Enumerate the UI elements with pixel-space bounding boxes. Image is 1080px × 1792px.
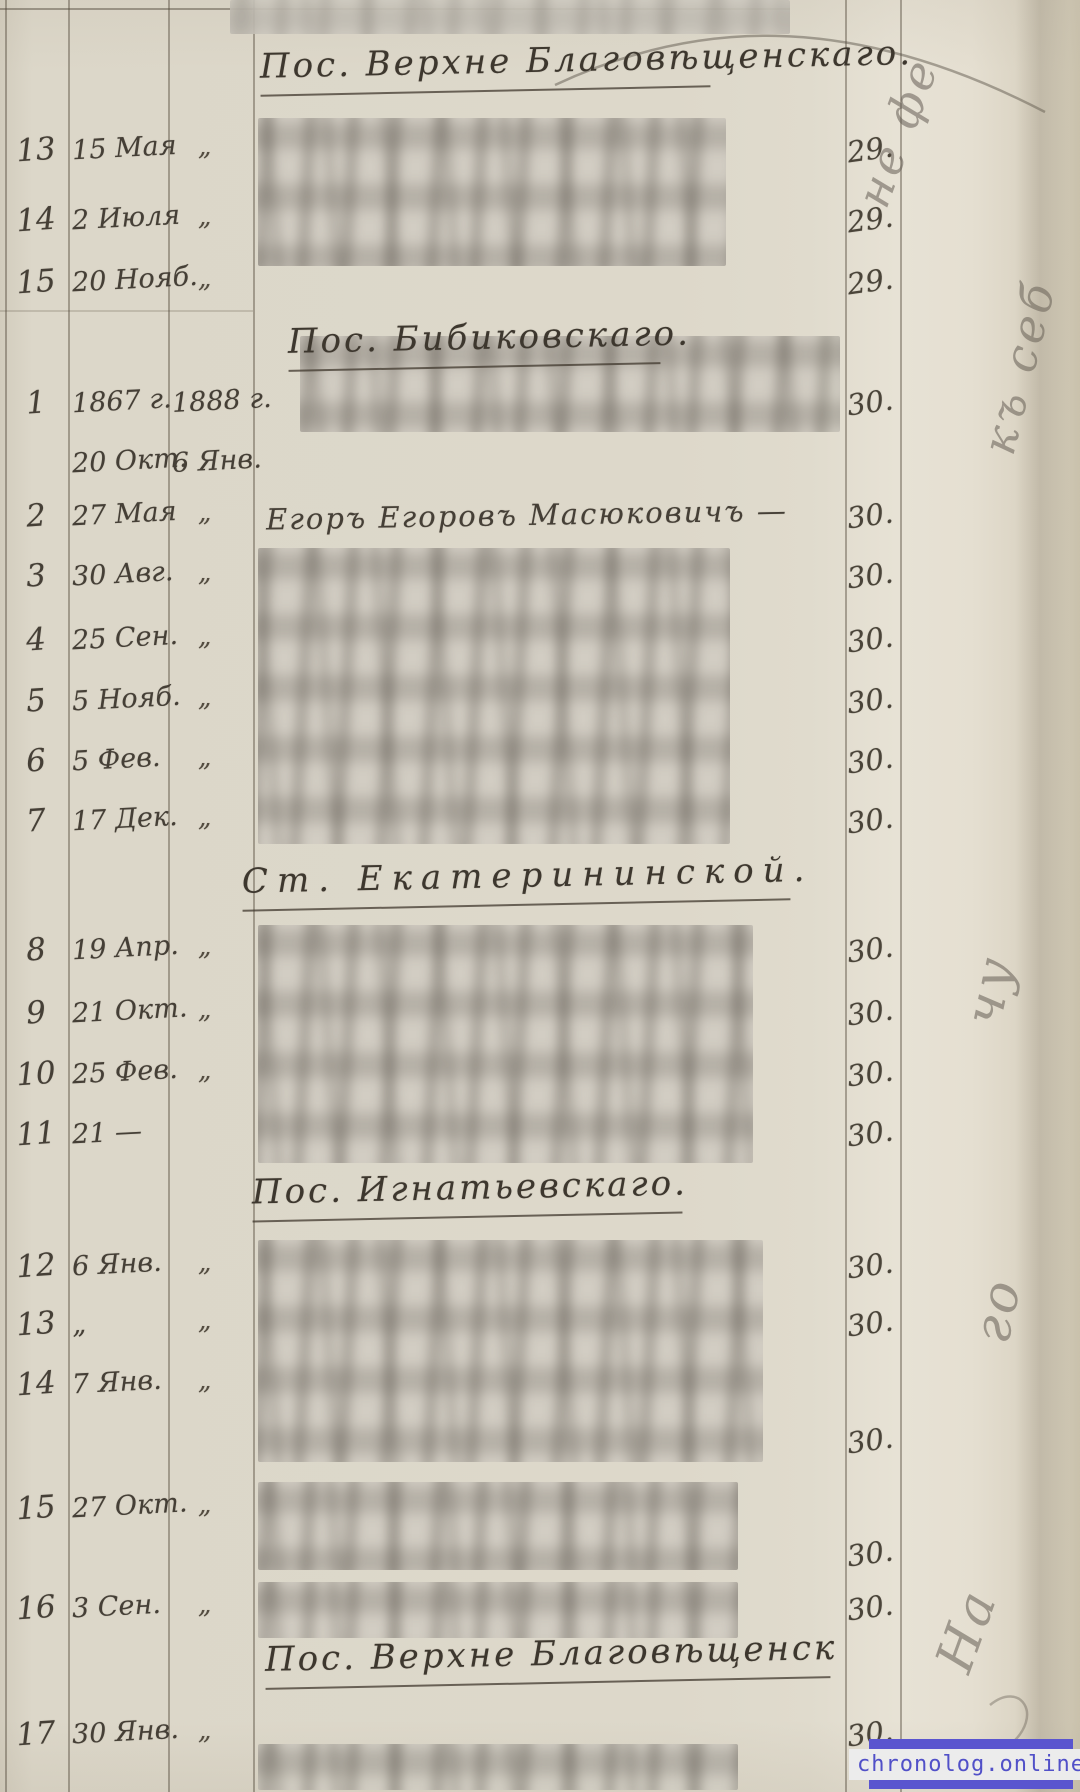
page-number [847, 1486, 898, 1493]
row-date: 6 Янв. [71, 1245, 202, 1283]
page-number: 30. [845, 1303, 901, 1344]
row-date: 19 Апр. [71, 929, 202, 967]
page-number: 30. [845, 800, 901, 841]
row-date: 27 Мая [71, 495, 202, 533]
register-row: 3 30 Авг. „ 30. [0, 558, 1080, 604]
register-row: 11 21 — 30. [0, 1116, 1080, 1162]
page-number: 29. [845, 261, 901, 302]
section-heading: Пос. Бибиковскаго. [288, 314, 661, 372]
section-heading: Пос. Игнатьевскаго. [252, 1164, 683, 1223]
row-date: 20 Нояб. [71, 261, 202, 299]
page-number: 30. [845, 1587, 901, 1628]
ditto-mark: „ [198, 1366, 232, 1396]
page-number: 30. [845, 555, 901, 596]
watermark-badge: chronolog.online [869, 1739, 1073, 1789]
ditto-mark: „ [198, 803, 232, 833]
section-heading: Ст. Екатерининской. [242, 850, 791, 911]
row-date: 5 Нояб. [71, 680, 202, 718]
ditto-mark: „ [198, 1056, 232, 1086]
register-row: 5 5 Нояб. „ 30. [0, 683, 1080, 729]
row-date: „ [71, 1303, 202, 1341]
row-number: 13 [9, 1304, 63, 1344]
register-row: 2 27 Мая „ Егоръ Егоровъ Масюковичъ — 30… [0, 498, 1080, 544]
page-number: 30. [845, 382, 901, 423]
register-row: 14 7 Янв. „ [0, 1366, 1080, 1412]
ditto-mark: „ [198, 743, 232, 773]
row-number: 6 [9, 741, 63, 781]
row-number: 14 [9, 200, 63, 240]
section-heading: Пос. Верхне Благовѣщенскаго. [260, 37, 711, 96]
register-row: 6 5 Фев. „ 30. [0, 743, 1080, 789]
row-number: 12 [9, 1246, 63, 1286]
register-row: 30. [0, 1536, 1080, 1582]
row-date: 27 Окт. [71, 1487, 202, 1525]
row-number: 2 [9, 496, 63, 536]
row-number: 11 [9, 1114, 63, 1154]
row-date-second: 6 Янв. [171, 442, 287, 479]
ditto-mark: „ [198, 622, 232, 652]
ditto-mark: „ [198, 1248, 232, 1278]
page-number: 30. [845, 1420, 901, 1461]
page-number: 30. [845, 495, 901, 536]
row-date: 21 Окт. [71, 992, 202, 1030]
blurred-entry [230, 0, 790, 34]
row-number [10, 443, 62, 447]
register-row: 20 Окт. 6 Янв. [0, 445, 1080, 491]
page-number [847, 1362, 898, 1369]
row-number: 5 [9, 681, 63, 721]
ditto-mark: „ [198, 498, 232, 528]
register-row: 12 6 Янв. „ 30. [0, 1248, 1080, 1294]
page-number: 30. [845, 680, 901, 721]
page-number: 30. [845, 1245, 901, 1286]
ditto-mark: „ [198, 683, 232, 713]
ditto-mark: „ [198, 1306, 232, 1336]
page-number: 30. [845, 740, 901, 781]
ditto-mark: „ [198, 995, 232, 1025]
row-number: 13 [9, 130, 63, 170]
register-row: 30. [0, 1423, 1080, 1469]
register-row: 15 27 Окт. „ [0, 1490, 1080, 1536]
register-row: 16 3 Сен. „ 30. [0, 1590, 1080, 1636]
register-row: 7 17 Дек. „ 30. [0, 803, 1080, 849]
ditto-mark: „ [198, 558, 232, 588]
ditto-mark: „ [198, 264, 232, 294]
row-date: 30 Авг. [71, 555, 202, 593]
page-number: 30. [845, 1533, 901, 1574]
row-date: 15 Мая [71, 129, 202, 167]
register-row: 10 25 Фев. „ 30. [0, 1056, 1080, 1102]
row-rule [0, 310, 253, 312]
ditto-mark: „ [198, 1490, 232, 1520]
register-row: 9 21 Окт. „ 30. [0, 995, 1080, 1041]
row-number: 3 [9, 556, 63, 596]
row-date-second: 1888 г. [171, 382, 287, 419]
page-number: 30. [845, 1053, 901, 1094]
row-date: 21 — [71, 1113, 202, 1151]
name-entry: Егоръ Егоровъ Масюковичъ — [266, 493, 788, 536]
ledger-page: Пос. Верхне Благовѣщенскаго. Пос. Бибико… [0, 0, 1080, 1792]
row-number: 17 [9, 1714, 63, 1754]
page-number: 30. [845, 992, 901, 1033]
register-row: 1 1867 г. 1888 г. 30. [0, 385, 1080, 431]
row-number: 16 [9, 1588, 63, 1628]
row-number: 1 [9, 383, 63, 423]
row-number: 14 [9, 1364, 63, 1404]
register-row: 14 2 Июля „ 29. [0, 202, 1080, 248]
watermark-text: chronolog.online [849, 1749, 1080, 1780]
row-date: 7 Янв. [71, 1363, 202, 1401]
register-row: 4 25 Сен. „ 30. [0, 622, 1080, 668]
row-number: 7 [9, 801, 63, 841]
row-number: 15 [9, 262, 63, 302]
row-date: 3 Сен. [71, 1587, 202, 1625]
row-number: 9 [9, 993, 63, 1033]
register-row: 13 „ „ 30. [0, 1306, 1080, 1352]
row-date: 2 Июля [71, 199, 202, 237]
row-date: 17 Дек. [71, 800, 202, 838]
row-number: 15 [9, 1488, 63, 1528]
page-number: 30. [845, 619, 901, 660]
section-heading: Пос. Верхне Благовѣщенск [265, 1628, 831, 1690]
ditto-mark: „ [198, 1590, 232, 1620]
page-number [847, 441, 898, 448]
row-date: 25 Сен. [71, 619, 202, 657]
ditto-mark: „ [198, 202, 232, 232]
ditto-mark: „ [198, 932, 232, 962]
row-number: 10 [9, 1054, 63, 1094]
ditto-mark: „ [198, 132, 232, 162]
ditto-mark: „ [198, 1716, 232, 1746]
row-number: 4 [9, 620, 63, 660]
register-row: 8 19 Апр. „ 30. [0, 932, 1080, 978]
row-date: 5 Фев. [71, 740, 202, 778]
page-number: 30. [845, 929, 901, 970]
register-row: 15 20 Нояб. „ 29. [0, 264, 1080, 310]
row-date: 30 Янв. [71, 1713, 202, 1751]
row-date: 25 Фев. [71, 1053, 202, 1091]
page-number: 30. [845, 1113, 901, 1154]
row-number: 8 [9, 930, 63, 970]
